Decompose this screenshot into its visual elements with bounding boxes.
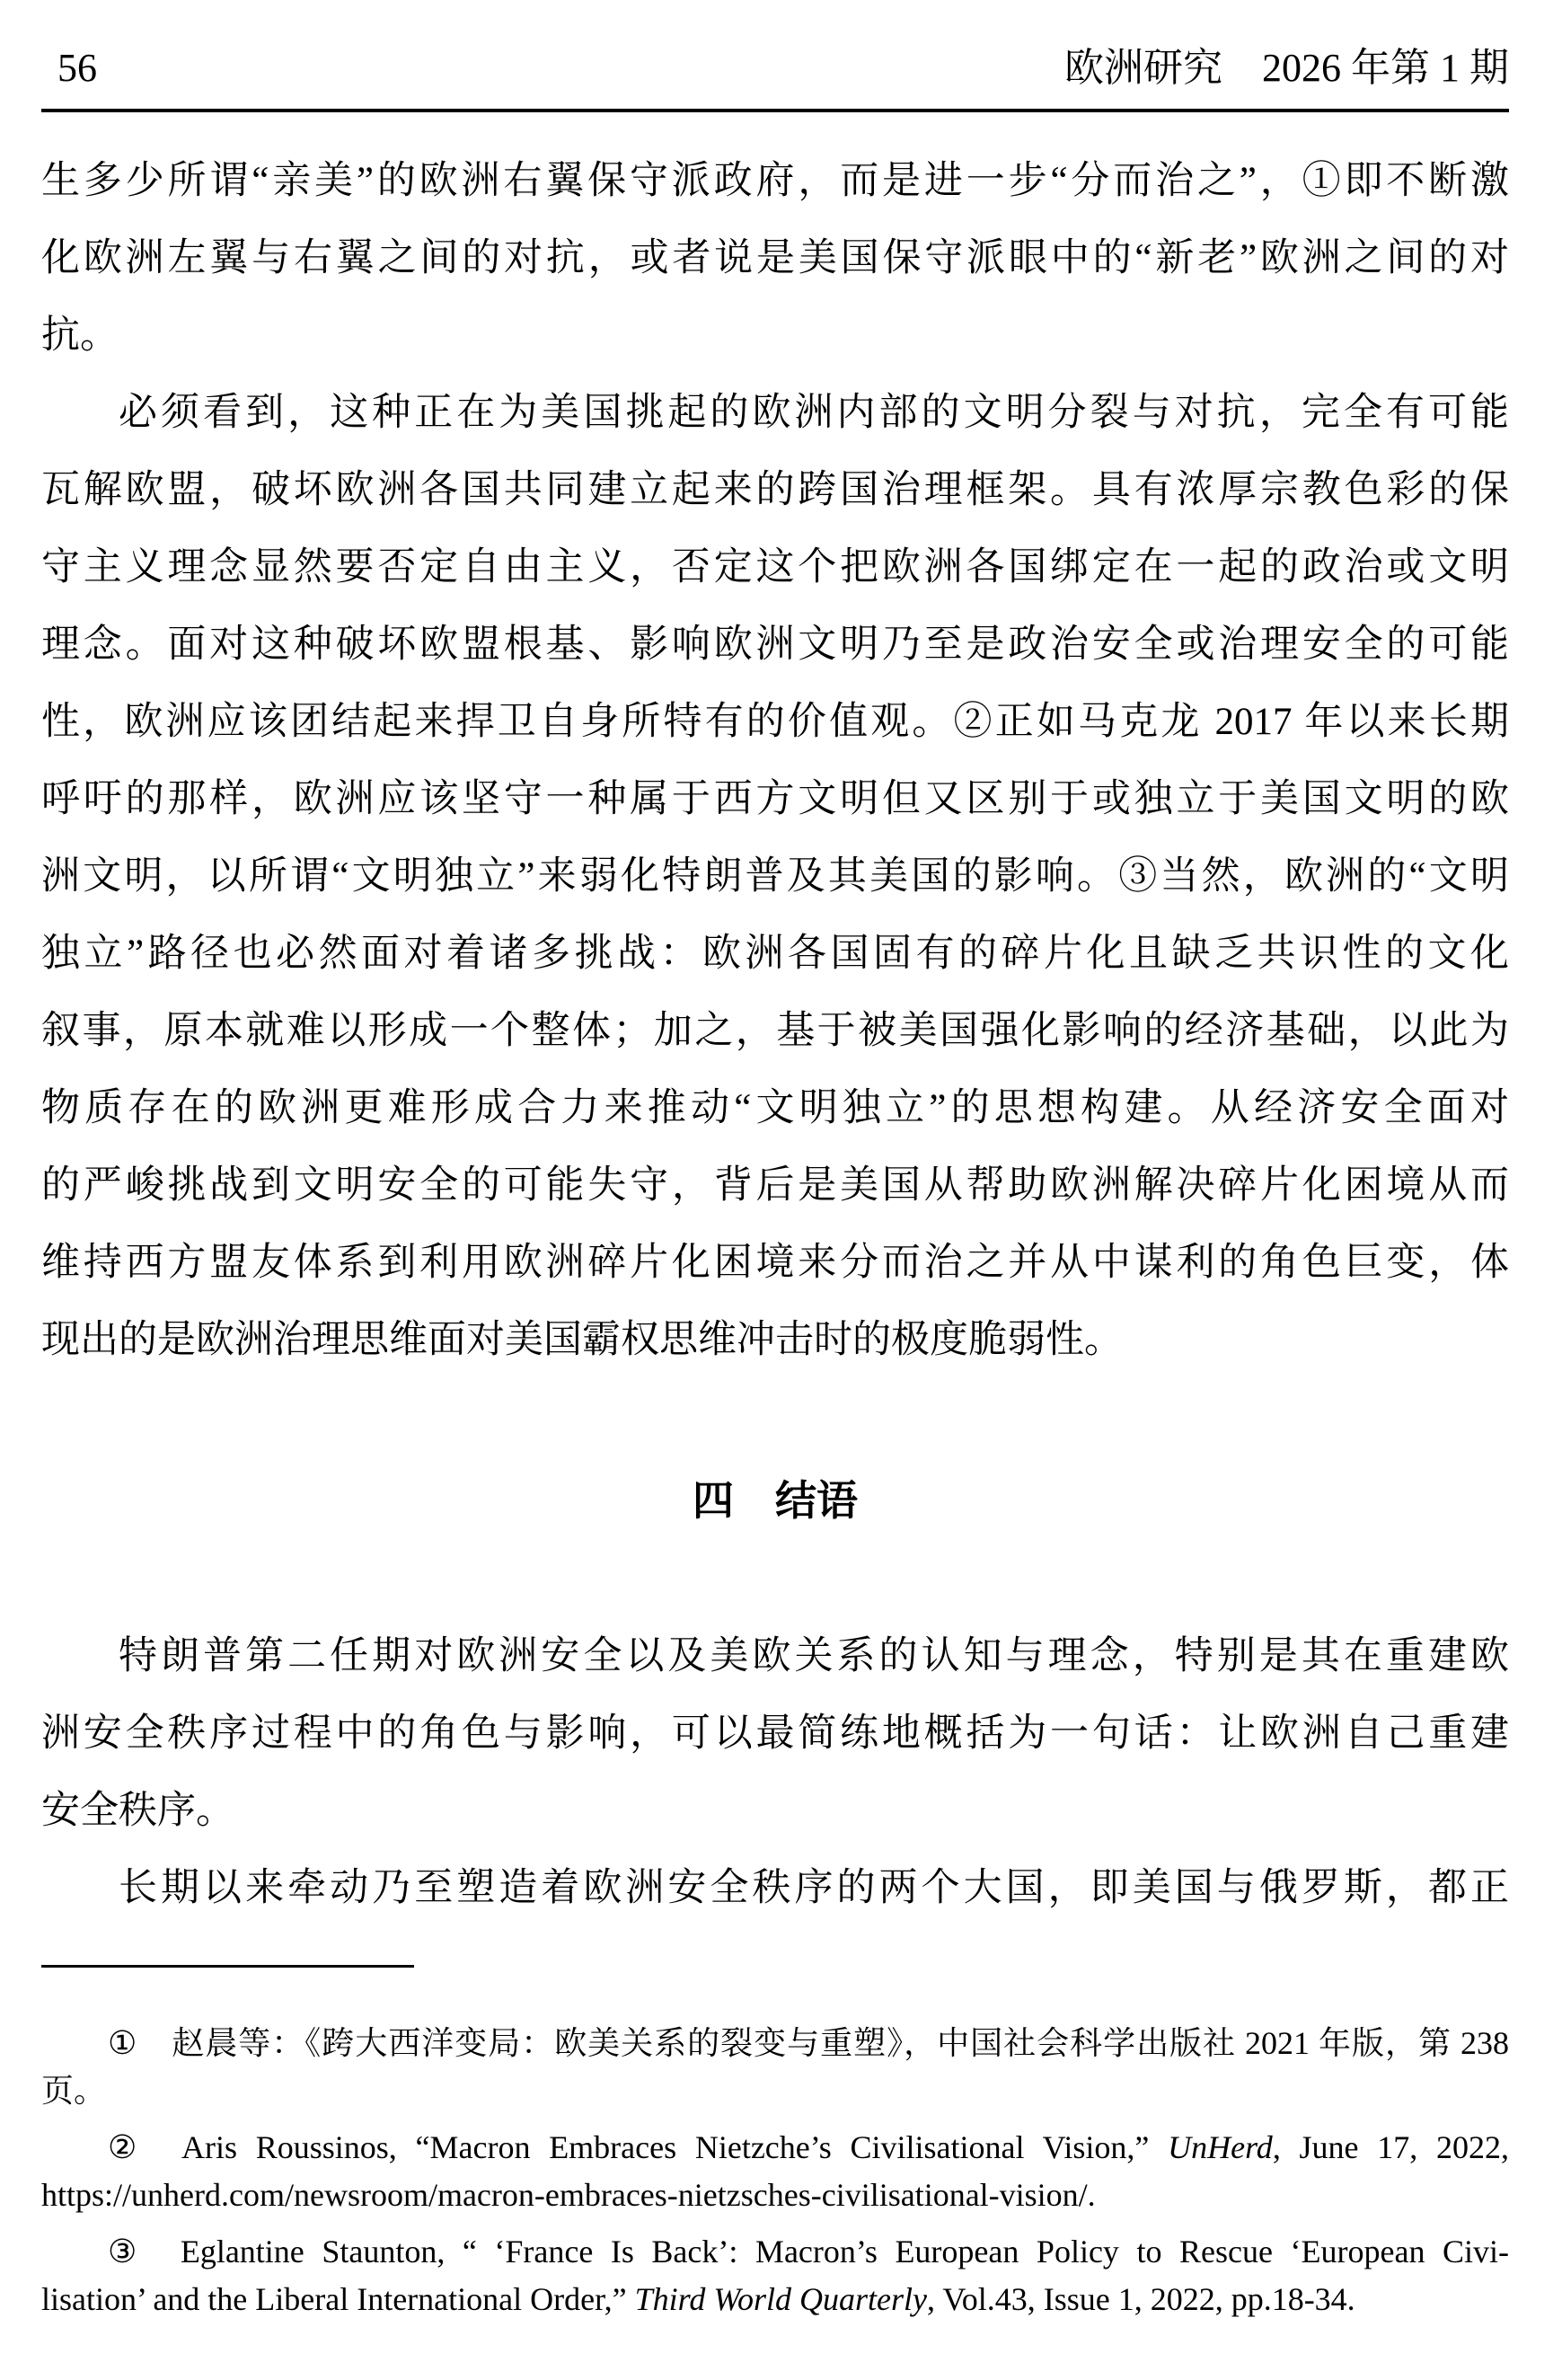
header-rule [41,109,1509,112]
section-heading: 四 结语 [41,1466,1509,1535]
body-line: 物质存在的欧洲更难形成合力来推动“文明独立”的思想构建。从经济安全面对 [41,1070,1509,1147]
footnote-marker: ① [108,2025,137,2061]
body-line: 理念。面对这种破坏欧盟根基、影响欧洲文明乃至是政治安全或治理安全的可能 [41,606,1509,684]
footnote-line: 页。 [41,2067,1509,2115]
body-text-upper: 生多少所谓“亲美”的欧洲右翼保守派政府，而是进一步“分而治之”，①即不断激 化欧… [41,143,1509,1379]
footnote-journal-name: Third World Quarterly [635,2281,927,2317]
journal-page: 56 欧洲研究 2026 年第 1 期 生多少所谓“亲美”的欧洲右翼保守派政府，… [0,0,1562,2380]
footnote-url: https://unherd.com/newsroom/macron-embra… [41,2172,1509,2219]
footnote-text: 赵晨等：《跨大西洋变局：欧美关系的裂变与重塑》，中国社会科学出版社 2021 年… [172,2025,1509,2061]
footnote-text: Eglantine Staunton, “ ‘France Is Back’: … [181,2234,1509,2269]
body-line: 生多少所谓“亲美”的欧洲右翼保守派政府，而是进一步“分而治之”，①即不断激 [41,143,1509,220]
body-line: 呼吁的那样，欧洲应该坚守一种属于西方文明但又区别于或独立于美国文明的欧 [41,761,1509,838]
body-line: 抗。 [41,297,1509,375]
body-line: 特朗普第二任期对欧洲安全以及美欧关系的认知与理念，特别是其在重建欧 [41,1618,1509,1695]
footnote-text: lisation’ and the Liberal International … [41,2281,635,2317]
footnote-text: , Vol.43, Issue 1, 2022, pp.18-34. [927,2281,1355,2317]
footnote-3: ③Eglantine Staunton, “ ‘France Is Back’:… [41,2228,1509,2323]
footnote-text: Aris Roussinos, “Macron Embraces Nietzch… [181,2129,1168,2165]
body-line: 性，欧洲应该团结起来捍卫自身所特有的价值观。②正如马克龙 2017 年以来长期 [41,684,1509,761]
body-text-lower: 特朗普第二任期对欧洲安全以及美欧关系的认知与理念，特别是其在重建欧 洲安全秩序过… [41,1618,1509,1927]
body-line: 长期以来牵动乃至塑造着欧洲安全秩序的两个大国，即美国与俄罗斯，都正 [41,1850,1509,1927]
footnote-line: ①赵晨等：《跨大西洋变局：欧美关系的裂变与重塑》，中国社会科学出版社 2021 … [41,2020,1509,2067]
body-line: 安全秩序。 [41,1773,1509,1850]
page-header: 56 欧洲研究 2026 年第 1 期 [41,45,1509,92]
footnote-line: lisation’ and the Liberal International … [41,2276,1509,2323]
body-line: 守主义理念显然要否定自由主义，否定这个把欧洲各国绑定在一起的政治或文明 [41,529,1509,606]
body-line: 现出的是欧洲治理思维面对美国霸权思维冲击时的极度脆弱性。 [41,1302,1509,1379]
footnote-line: ③Eglantine Staunton, “ ‘France Is Back’:… [41,2228,1509,2276]
body-line: 叙事，原本就难以形成一个整体；加之，基于被美国强化影响的经济基础，以此为 [41,993,1509,1070]
footnote-marker: ③ [108,2234,146,2269]
footnote-marker: ② [108,2129,147,2165]
body-line: 洲安全秩序过程中的角色与影响，可以最简练地概括为一句话：让欧洲自己重建 [41,1695,1509,1773]
body-line: 维持西方盟友体系到利用欧洲碎片化困境来分而治之并从中谋利的角色巨变，体 [41,1225,1509,1302]
body-line: 洲文明，以所谓“文明独立”来弱化特朗普及其美国的影响。③当然，欧洲的“文明 [41,838,1509,916]
body-line: 化欧洲左翼与右翼之间的对抗，或者说是美国保守派眼中的“新老”欧洲之间的对 [41,220,1509,297]
body-line: 的严峻挑战到文明安全的可能失守，背后是美国从帮助欧洲解决碎片化困境从而 [41,1147,1509,1225]
journal-issue: 欧洲研究 2026 年第 1 期 [1064,45,1509,92]
body-line: 独立”路径也必然面对着诸多挑战：欧洲各国固有的碎片化且缺乏共识性的文化 [41,916,1509,993]
footnote-2: ②Aris Roussinos, “Macron Embraces Nietzc… [41,2124,1509,2219]
footnote-text: , June 17, 2022, [1273,2129,1509,2165]
body-line: 瓦解欧盟，破坏欧洲各国共同建立起来的跨国治理框架。具有浓厚宗教色彩的保 [41,452,1509,529]
page-number: 56 [41,45,97,92]
footnote-line: ②Aris Roussinos, “Macron Embraces Nietzc… [41,2124,1509,2172]
footnote-journal-name: UnHerd [1168,2129,1273,2165]
footnote-divider [41,1965,414,1968]
footnote-1: ①赵晨等：《跨大西洋变局：欧美关系的裂变与重塑》，中国社会科学出版社 2021 … [41,2020,1509,2115]
body-line: 必须看到，这种正在为美国挑起的欧洲内部的文明分裂与对抗，完全有可能 [41,375,1509,452]
